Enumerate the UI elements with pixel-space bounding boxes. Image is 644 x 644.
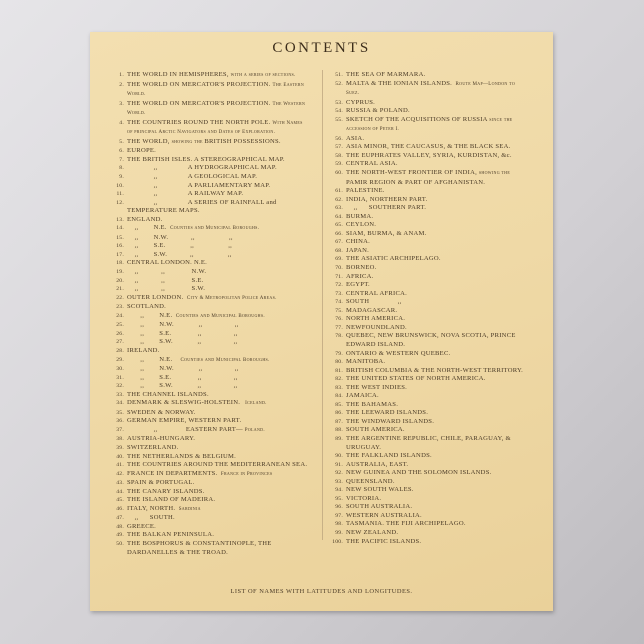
contents-entry: 53.CYPRUS. xyxy=(331,99,527,108)
entry-title: THE WORLD, showing the BRITISH POSSESSIO… xyxy=(127,138,308,148)
entry-title: THE WEST INDIES. xyxy=(346,384,527,393)
entry-number: 60. xyxy=(331,169,346,187)
entry-number: 26. xyxy=(112,330,127,339)
entry-number: 58. xyxy=(331,152,346,161)
entry-number: 61. xyxy=(331,187,346,196)
contents-entry: 62.INDIA, NORTHERN PART. xyxy=(331,196,527,205)
entry-title: ,, A PARLIAMENTARY MAP. xyxy=(127,182,308,191)
entry-number: 29. xyxy=(112,356,127,366)
entry-title: ,, SOUTHERN PART. xyxy=(346,204,527,213)
contents-entry: 13.ENGLAND. xyxy=(112,216,308,225)
entry-number: 91. xyxy=(331,461,346,470)
entry-title: ,, ,, S.W. xyxy=(127,285,308,294)
entry-title: ,, N.E. Counties and Municipal Boroughs. xyxy=(127,356,308,366)
entry-title: THE PACIFIC ISLANDS. xyxy=(346,538,527,547)
contents-entry: 83.THE WEST INDIES. xyxy=(331,384,527,393)
entry-number: 47. xyxy=(112,514,127,523)
contents-entry: 74.SOUTH ,, xyxy=(331,298,527,307)
entry-title: JAMAICA. xyxy=(346,392,527,401)
contents-column-right: 51.THE SEA OF MARMARA. 52.MALTA & THE IO… xyxy=(331,71,527,546)
contents-entry: 43.SPAIN & PORTUGAL. xyxy=(112,479,308,488)
contents-entry: 26. ,, S.E. ,, ,, xyxy=(112,330,308,339)
entry-number: 40. xyxy=(112,453,127,462)
contents-entry: 55.SKETCH OF THE ACQUISITIONS OF RUSSIA … xyxy=(331,116,527,135)
entry-title: JAPAN. xyxy=(346,247,527,256)
contents-entry: 94.NEW SOUTH WALES. xyxy=(331,486,527,495)
entry-number: 11. xyxy=(112,190,127,199)
entry-number: 25. xyxy=(112,321,127,330)
contents-entry: 40.THE NETHERLANDS & BELGIUM. xyxy=(112,453,308,462)
entry-note: Counties and Municipal Boroughs. xyxy=(169,226,260,231)
entry-title: SWITZERLAND. xyxy=(127,444,308,453)
entry-title: ,, A SERIES OF RAINFALL and TEMPERATURE … xyxy=(127,199,308,216)
entry-number: 100. xyxy=(331,538,346,547)
contents-entry: 51.THE SEA OF MARMARA. xyxy=(331,71,527,80)
entry-number: 71. xyxy=(331,273,346,282)
entry-title: FRANCE IN DEPARTMENTS. France in Provinc… xyxy=(127,470,308,480)
contents-entry: 63. ,, SOUTHERN PART. xyxy=(331,204,527,213)
contents-entry: 39.SWITZERLAND. xyxy=(112,444,308,453)
entry-title: MANITOBA. xyxy=(346,358,527,367)
entry-number: 77. xyxy=(331,324,346,333)
contents-entry: 7.THE BRITISH ISLES. A STEREOGRAPHICAL M… xyxy=(112,156,308,165)
contents-entry: 56.ASIA. xyxy=(331,135,527,144)
contents-entry: 72.EGYPT. xyxy=(331,281,527,290)
entry-number: 84. xyxy=(331,392,346,401)
entry-title: ,, ,, N.W. xyxy=(127,268,308,277)
contents-entry: 6.EUROPE. xyxy=(112,147,308,156)
entry-title: SPAIN & PORTUGAL. xyxy=(127,479,308,488)
contents-entry: 90.THE FALKLAND ISLANDS. xyxy=(331,452,527,461)
contents-entry: 85.THE BAHAMAS. xyxy=(331,401,527,410)
entry-title: BORNEO. xyxy=(346,264,527,273)
contents-entry: 20. ,, ,, S.E. xyxy=(112,277,308,286)
entry-title: ,, EASTERN PART— Poland. xyxy=(127,426,308,436)
entry-number: 99. xyxy=(331,529,346,538)
entry-title: THE BOSPHORUS & CONSTANTINOPLE, THE DARD… xyxy=(127,540,308,557)
entry-title: NEWFOUNDLAND. xyxy=(346,324,527,333)
entry-number: 75. xyxy=(331,307,346,316)
entry-number: 24. xyxy=(112,312,127,322)
entry-number: 39. xyxy=(112,444,127,453)
contents-entry: 38.AUSTRIA-HUNGARY. xyxy=(112,435,308,444)
entry-note: The Western World. xyxy=(127,102,305,117)
entry-title: ASIA. xyxy=(346,135,527,144)
contents-entry: 17. ,, S.W. ,, ,, xyxy=(112,251,308,260)
entry-number: 81. xyxy=(331,367,346,376)
entry-title: NEW GUINEA AND THE SOLOMON ISLANDS. xyxy=(346,469,527,478)
entry-number: 44. xyxy=(112,488,127,497)
entry-number: 66. xyxy=(331,230,346,239)
contents-entry: 69.THE ASIATIC ARCHIPELAGO. xyxy=(331,255,527,264)
entry-number: 12. xyxy=(112,199,127,216)
entry-note: The Eastern World. xyxy=(127,83,304,98)
entry-number: 82. xyxy=(331,375,346,384)
entry-note: City & Metropolitan Police Areas. xyxy=(185,296,276,301)
contents-entry: 21. ,, ,, S.W. xyxy=(112,285,308,294)
contents-entry: 25. ,, N.W. ,, ,, xyxy=(112,321,308,330)
contents-entry: 81.BRITISH COLUMBIA & THE NORTH-WEST TER… xyxy=(331,367,527,376)
contents-entry: 32. ,, S.W. ,, ,, xyxy=(112,382,308,391)
entry-title: NORTH AMERICA. xyxy=(346,315,527,324)
contents-entry: 64.BURMA. xyxy=(331,213,527,222)
entry-title: BURMA. xyxy=(346,213,527,222)
contents-entry: 19. ,, ,, N.W. xyxy=(112,268,308,277)
entry-title: SCOTLAND. xyxy=(127,303,308,312)
contents-entry: 33.THE CHANNEL ISLANDS. xyxy=(112,391,308,400)
page-title: CONTENTS xyxy=(90,40,553,57)
entry-number: 23. xyxy=(112,303,127,312)
contents-entry: 75.MADAGASCAR. xyxy=(331,307,527,316)
contents-page: CONTENTS 1.THE WORLD IN HEMISPHERES, wit… xyxy=(90,32,553,611)
entry-number: 43. xyxy=(112,479,127,488)
entry-title: ,, S.W. ,, ,, xyxy=(127,382,308,391)
entry-title: CENTRAL LONDON. N.E. xyxy=(127,259,308,268)
entry-title: NEW ZEALAND. xyxy=(346,529,527,538)
entry-title: GREECE. xyxy=(127,523,308,532)
entry-number: 79. xyxy=(331,350,346,359)
entry-title: EGYPT. xyxy=(346,281,527,290)
entry-number: 83. xyxy=(331,384,346,393)
entry-title: AUSTRIA-HUNGARY. xyxy=(127,435,308,444)
contents-entry: 57.ASIA MINOR, THE CAUCASUS, & THE BLACK… xyxy=(331,143,527,152)
contents-entry: 88.SOUTH AMERICA. xyxy=(331,426,527,435)
entry-title: THE EUPHRATES VALLEY, SYRIA, KURDISTAN, … xyxy=(346,152,527,161)
entry-title: ASIA MINOR, THE CAUCASUS, & THE BLACK SE… xyxy=(346,143,527,152)
contents-entry: 9. ,, A GEOLOGICAL MAP. xyxy=(112,173,308,182)
entry-note: Iceland. xyxy=(242,401,267,406)
entry-title: THE COUNTRIES ROUND THE NORTH POLE. With… xyxy=(127,119,308,138)
entry-title: WESTERN AUSTRALIA. xyxy=(346,512,527,521)
entry-title: SIAM, BURMA, & ANAM. xyxy=(346,230,527,239)
entry-title: CENTRAL AFRICA. xyxy=(346,290,527,299)
entry-title: ,, S.E. ,, ,, xyxy=(127,242,308,251)
entry-title: TASMANIA. THE FIJI ARCHIPELAGO. xyxy=(346,520,527,529)
entry-number: 14. xyxy=(112,224,127,234)
entry-title: BRITISH COLUMBIA & THE NORTH-WEST TERRIT… xyxy=(346,367,527,376)
entry-title: OUTER LONDON. City & Metropolitan Police… xyxy=(127,294,308,304)
contents-entry: 61.PALESTINE. xyxy=(331,187,527,196)
entry-title: ONTARIO & WESTERN QUEBEC. xyxy=(346,350,527,359)
contents-entry: 77.NEWFOUNDLAND. xyxy=(331,324,527,333)
entry-title: ,, S.E. ,, ,, xyxy=(127,374,308,383)
contents-entry: 84.JAMAICA. xyxy=(331,392,527,401)
entry-title: ,, N.E. Counties and Municipal Boroughs. xyxy=(127,312,308,322)
entry-title: ,, N.E. Counties and Municipal Boroughs. xyxy=(127,224,308,234)
entry-title: ,, A HYDROGRAPHICAL MAP. xyxy=(127,164,308,173)
entry-number: 97. xyxy=(331,512,346,521)
entry-number: 3. xyxy=(112,100,127,119)
contents-entry: 92.NEW GUINEA AND THE SOLOMON ISLANDS. xyxy=(331,469,527,478)
contents-entry: 14. ,, N.E. Counties and Municipal Borou… xyxy=(112,224,308,234)
contents-entry: 34.DENMARK & SLESWIG-HOLSTEIN. Iceland. xyxy=(112,399,308,409)
entry-number: 45. xyxy=(112,496,127,505)
entry-note: showing the xyxy=(172,140,205,145)
entry-number: 48. xyxy=(112,523,127,532)
contents-entry: 24. ,, N.E. Counties and Municipal Borou… xyxy=(112,312,308,322)
entry-number: 87. xyxy=(331,418,346,427)
entry-number: 85. xyxy=(331,401,346,410)
entry-number: 51. xyxy=(331,71,346,80)
entry-number: 53. xyxy=(331,99,346,108)
entry-number: 56. xyxy=(331,135,346,144)
entry-number: 92. xyxy=(331,469,346,478)
entry-title: AUSTRALIA, EAST. xyxy=(346,461,527,470)
entry-title: THE COUNTRIES AROUND THE MEDITERRANEAN S… xyxy=(127,461,308,470)
contents-entry: 65.CEYLON. xyxy=(331,221,527,230)
entry-number: 36. xyxy=(112,417,127,426)
contents-entry: 80.MANITOBA. xyxy=(331,358,527,367)
entry-number: 9. xyxy=(112,173,127,182)
entry-title: THE BRITISH ISLES. A STEREOGRAPHICAL MAP… xyxy=(127,156,308,165)
entry-title: THE NETHERLANDS & BELGIUM. xyxy=(127,453,308,462)
entry-number: 22. xyxy=(112,294,127,304)
contents-entry: 4.THE COUNTRIES ROUND THE NORTH POLE. Wi… xyxy=(112,119,308,138)
contents-entry: 42.FRANCE IN DEPARTMENTS. France in Prov… xyxy=(112,470,308,480)
contents-entry: 35.SWEDEN & NORWAY. xyxy=(112,409,308,418)
entry-number: 7. xyxy=(112,156,127,165)
entry-note: Route Map—London to Suez. xyxy=(346,82,515,97)
contents-entry: 8. ,, A HYDROGRAPHICAL MAP. xyxy=(112,164,308,173)
entry-number: 34. xyxy=(112,399,127,409)
entry-number: 2. xyxy=(112,81,127,100)
contents-entry: 67.CHINA. xyxy=(331,238,527,247)
entry-title: SWEDEN & NORWAY. xyxy=(127,409,308,418)
entry-title: THE WORLD IN HEMISPHERES, with a series … xyxy=(127,71,308,81)
entry-number: 4. xyxy=(112,119,127,138)
contents-entry: 99.NEW ZEALAND. xyxy=(331,529,527,538)
contents-entry: 16. ,, S.E. ,, ,, xyxy=(112,242,308,251)
entry-number: 37. xyxy=(112,426,127,436)
entry-title: PALESTINE. xyxy=(346,187,527,196)
contents-entry: 47. ,, SOUTH. xyxy=(112,514,308,523)
contents-entry: 5.THE WORLD, showing the BRITISH POSSESS… xyxy=(112,138,308,148)
entry-title: EUROPE. xyxy=(127,147,308,156)
contents-entry: 30. ,, N.W. ,, ,, xyxy=(112,365,308,374)
entry-number: 57. xyxy=(331,143,346,152)
contents-entry: 96.SOUTH AUSTRALIA. xyxy=(331,503,527,512)
column-divider xyxy=(322,70,323,540)
entry-number: 68. xyxy=(331,247,346,256)
entry-number: 10. xyxy=(112,182,127,191)
entry-title: ,, N.W. ,, ,, xyxy=(127,365,308,374)
entry-title: MADAGASCAR. xyxy=(346,307,527,316)
contents-entry: 87.THE WINDWARD ISLANDS. xyxy=(331,418,527,427)
entry-note: With Names of principal Arctic Navigator… xyxy=(127,121,303,136)
contents-entry: 98.TASMANIA. THE FIJI ARCHIPELAGO. xyxy=(331,520,527,529)
entry-title: THE LEEWARD ISLANDS. xyxy=(346,409,527,418)
entry-number: 35. xyxy=(112,409,127,418)
entry-title: NEW SOUTH WALES. xyxy=(346,486,527,495)
entry-title: SKETCH OF THE ACQUISITIONS OF RUSSIA sin… xyxy=(346,116,527,135)
entry-title: ,, S.W. ,, ,, xyxy=(127,251,308,260)
entry-number: 86. xyxy=(331,409,346,418)
contents-entry: 73.CENTRAL AFRICA. xyxy=(331,290,527,299)
entry-number: 6. xyxy=(112,147,127,156)
entry-title: THE ISLAND OF MADEIRA. xyxy=(127,496,308,505)
entry-note: with a series of sections. xyxy=(231,73,296,78)
entry-note: Counties and Municipal Boroughs. xyxy=(174,358,269,363)
contents-entry: 76.NORTH AMERICA. xyxy=(331,315,527,324)
entry-number: 17. xyxy=(112,251,127,260)
contents-entry: 11. ,, A RAILWAY MAP. xyxy=(112,190,308,199)
contents-entry: 68.JAPAN. xyxy=(331,247,527,256)
entry-title: THE WORLD ON MERCATOR'S PROJECTION. The … xyxy=(127,100,308,119)
entry-title: THE ASIATIC ARCHIPELAGO. xyxy=(346,255,527,264)
entry-number: 15. xyxy=(112,234,127,243)
entry-title: THE NORTH-WEST FRONTIER OF INDIA, showin… xyxy=(346,169,527,187)
entry-number: 1. xyxy=(112,71,127,81)
entry-title: ,, A RAILWAY MAP. xyxy=(127,190,308,199)
entry-title: ITALY, NORTH. Sardinia xyxy=(127,505,308,515)
contents-entry: 49.THE BALKAN PENINSULA. xyxy=(112,531,308,540)
entry-note: Poland. xyxy=(245,428,265,433)
contents-entry: 82.THE UNITED STATES OF NORTH AMERICA. xyxy=(331,375,527,384)
contents-entry: 2.THE WORLD ON MERCATOR'S PROJECTION. Th… xyxy=(112,81,308,100)
entry-title: CYPRUS. xyxy=(346,99,527,108)
entry-title: QUEENSLAND. xyxy=(346,478,527,487)
entry-title: ,, SOUTH. xyxy=(127,514,308,523)
contents-entry: 31. ,, S.E. ,, ,, xyxy=(112,374,308,383)
entry-title: SOUTH ,, xyxy=(346,298,527,307)
contents-entry: 100.THE PACIFIC ISLANDS. xyxy=(331,538,527,547)
entry-title: THE FALKLAND ISLANDS. xyxy=(346,452,527,461)
entry-title: IRELAND. xyxy=(127,347,308,356)
contents-entry: 59.CENTRAL ASIA. xyxy=(331,160,527,169)
entry-title: AFRICA. xyxy=(346,273,527,282)
entry-title: VICTORIA. xyxy=(346,495,527,504)
entry-number: 31. xyxy=(112,374,127,383)
contents-entry: 54.RUSSIA & POLAND. xyxy=(331,107,527,116)
entry-number: 90. xyxy=(331,452,346,461)
entry-title: ENGLAND. xyxy=(127,216,308,225)
entry-title: THE CANARY ISLANDS. xyxy=(127,488,308,497)
entry-number: 74. xyxy=(331,298,346,307)
entry-number: 89. xyxy=(331,435,346,452)
entry-number: 69. xyxy=(331,255,346,264)
contents-entry: 29. ,, N.E. Counties and Municipal Borou… xyxy=(112,356,308,366)
entry-number: 32. xyxy=(112,382,127,391)
entry-number: 98. xyxy=(331,520,346,529)
entry-number: 59. xyxy=(331,160,346,169)
entry-title: ,, S.W. ,, ,, xyxy=(127,338,308,347)
footer-note: LIST OF NAMES WITH LATITUDES AND LONGITU… xyxy=(90,588,553,595)
entry-title: THE SEA OF MARMARA. xyxy=(346,71,527,80)
entry-number: 72. xyxy=(331,281,346,290)
contents-entry: 71.AFRICA. xyxy=(331,273,527,282)
entry-number: 13. xyxy=(112,216,127,225)
entry-title: THE WORLD ON MERCATOR'S PROJECTION. The … xyxy=(127,81,308,100)
entry-number: 18. xyxy=(112,259,127,268)
entry-number: 49. xyxy=(112,531,127,540)
contents-entry: 28.IRELAND. xyxy=(112,347,308,356)
contents-entry: 60.THE NORTH-WEST FRONTIER OF INDIA, sho… xyxy=(331,169,527,187)
contents-column-left: 1.THE WORLD IN HEMISPHERES, with a serie… xyxy=(112,71,308,557)
entry-number: 42. xyxy=(112,470,127,480)
contents-entry: 95.VICTORIA. xyxy=(331,495,527,504)
entry-number: 63. xyxy=(331,204,346,213)
contents-entry: 45.THE ISLAND OF MADEIRA. xyxy=(112,496,308,505)
entry-note: showing the xyxy=(479,171,510,176)
entry-number: 80. xyxy=(331,358,346,367)
contents-entry: 50.THE BOSPHORUS & CONSTANTINOPLE, THE D… xyxy=(112,540,308,557)
contents-entry: 89.THE ARGENTINE REPUBLIC, CHILE, PARAGU… xyxy=(331,435,527,452)
entry-number: 19. xyxy=(112,268,127,277)
entry-title: DENMARK & SLESWIG-HOLSTEIN. Iceland. xyxy=(127,399,308,409)
entry-number: 93. xyxy=(331,478,346,487)
entry-number: 88. xyxy=(331,426,346,435)
contents-entry: 70.BORNEO. xyxy=(331,264,527,273)
entry-title: ,, A GEOLOGICAL MAP. xyxy=(127,173,308,182)
entry-title: QUEBEC, NEW BRUNSWICK, NOVA SCOTIA, PRIN… xyxy=(346,332,527,349)
entry-number: 62. xyxy=(331,196,346,205)
entry-title: INDIA, NORTHERN PART. xyxy=(346,196,527,205)
entry-number: 38. xyxy=(112,435,127,444)
entry-number: 30. xyxy=(112,365,127,374)
entry-title: GERMAN EMPIRE, WESTERN PART. xyxy=(127,417,308,426)
contents-entry: 48.GREECE. xyxy=(112,523,308,532)
entry-title: RUSSIA & POLAND. xyxy=(346,107,527,116)
entry-title: CENTRAL ASIA. xyxy=(346,160,527,169)
entry-number: 73. xyxy=(331,290,346,299)
entry-title: THE ARGENTINE REPUBLIC, CHILE, PARAGUAY,… xyxy=(346,435,527,452)
contents-entry: 27. ,, S.W. ,, ,, xyxy=(112,338,308,347)
entry-number: 54. xyxy=(331,107,346,116)
contents-entry: 78.QUEBEC, NEW BRUNSWICK, NOVA SCOTIA, P… xyxy=(331,332,527,349)
entry-number: 95. xyxy=(331,495,346,504)
entry-number: 27. xyxy=(112,338,127,347)
entry-number: 46. xyxy=(112,505,127,515)
entry-number: 50. xyxy=(112,540,127,557)
entry-number: 65. xyxy=(331,221,346,230)
entry-title: ,, ,, S.E. xyxy=(127,277,308,286)
entry-title: ,, N.W. ,, ,, xyxy=(127,234,308,243)
contents-entry: 93.QUEENSLAND. xyxy=(331,478,527,487)
entry-title: CHINA. xyxy=(346,238,527,247)
entry-title: THE BALKAN PENINSULA. xyxy=(127,531,308,540)
entry-title: THE WINDWARD ISLANDS. xyxy=(346,418,527,427)
entry-number: 76. xyxy=(331,315,346,324)
contents-entry: 10. ,, A PARLIAMENTARY MAP. xyxy=(112,182,308,191)
contents-entry: 97.WESTERN AUSTRALIA. xyxy=(331,512,527,521)
entry-number: 21. xyxy=(112,285,127,294)
contents-entry: 18.CENTRAL LONDON. N.E. xyxy=(112,259,308,268)
entry-number: 94. xyxy=(331,486,346,495)
entry-number: 78. xyxy=(331,332,346,349)
entry-note: Counties and Municipal Boroughs. xyxy=(174,314,265,319)
entry-number: 33. xyxy=(112,391,127,400)
contents-entry: 44.THE CANARY ISLANDS. xyxy=(112,488,308,497)
contents-entry: 58.THE EUPHRATES VALLEY, SYRIA, KURDISTA… xyxy=(331,152,527,161)
entry-number: 70. xyxy=(331,264,346,273)
entry-title: ,, S.E. ,, ,, xyxy=(127,330,308,339)
entry-number: 55. xyxy=(331,116,346,135)
entry-title: CEYLON. xyxy=(346,221,527,230)
entry-number: 8. xyxy=(112,164,127,173)
entry-title: ,, N.W. ,, ,, xyxy=(127,321,308,330)
contents-entry: 22.OUTER LONDON. City & Metropolitan Pol… xyxy=(112,294,308,304)
entry-title: THE BAHAMAS. xyxy=(346,401,527,410)
contents-entry: 79.ONTARIO & WESTERN QUEBEC. xyxy=(331,350,527,359)
entry-number: 28. xyxy=(112,347,127,356)
contents-entry: 66.SIAM, BURMA, & ANAM. xyxy=(331,230,527,239)
entry-number: 96. xyxy=(331,503,346,512)
entry-title: THE UNITED STATES OF NORTH AMERICA. xyxy=(346,375,527,384)
entry-number: 64. xyxy=(331,213,346,222)
entry-number: 52. xyxy=(331,80,346,99)
entry-number: 16. xyxy=(112,242,127,251)
contents-entry: 86.THE LEEWARD ISLANDS. xyxy=(331,409,527,418)
